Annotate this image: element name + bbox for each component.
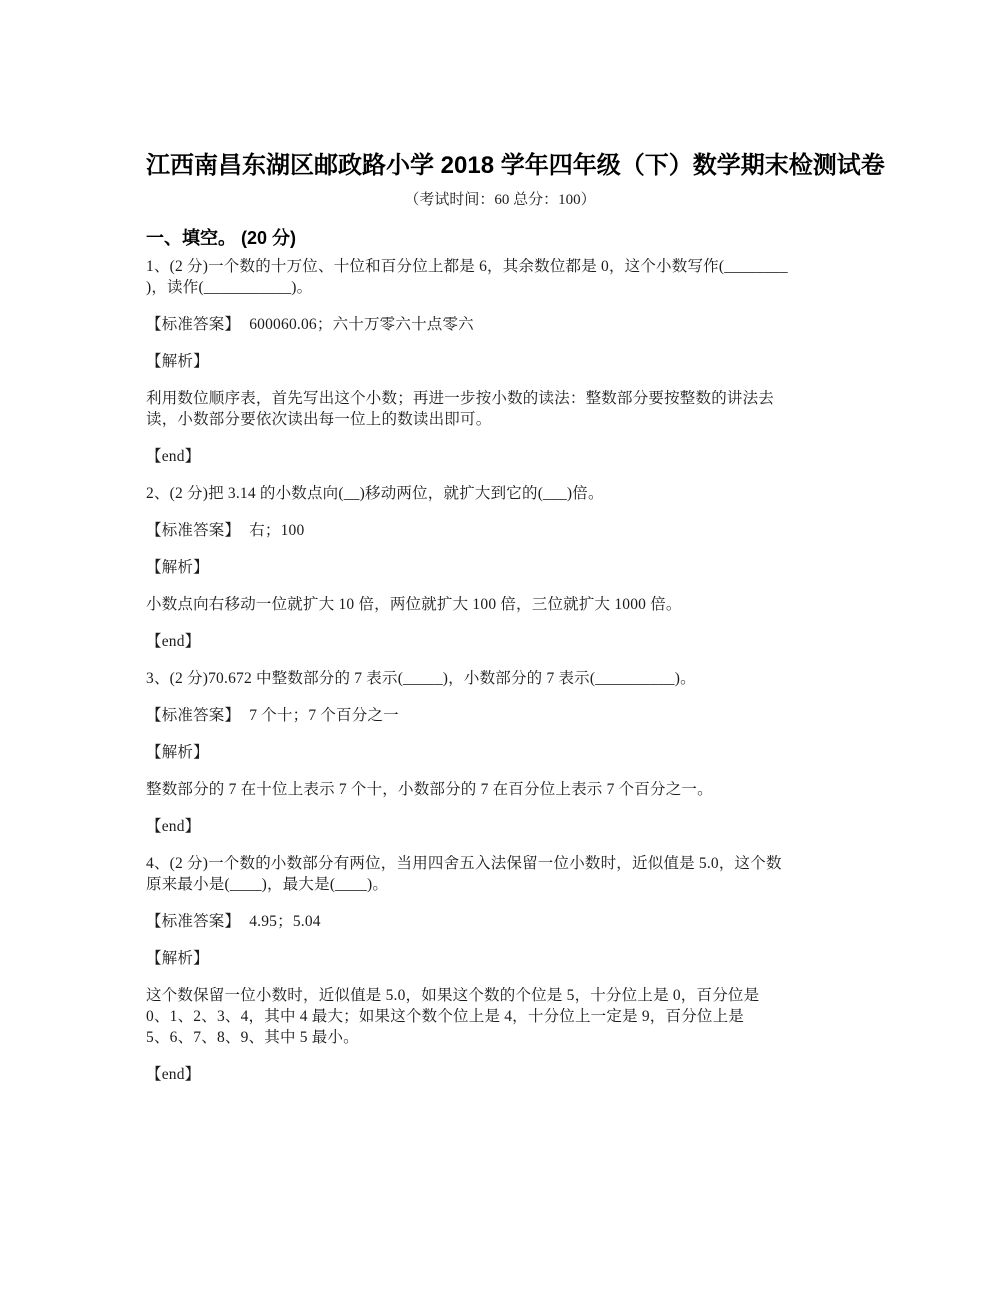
question-4-analysis-label: 【解析】 [146, 948, 854, 969]
question-block-2: 2、(2 分)把 3.14 的小数点向(__)移动两位，就扩大到它的(___)倍… [146, 483, 854, 652]
question-1-answer-value: 600060.06；六十万零六十点零六 [249, 316, 474, 333]
question-block-4: 4、(2 分)一个数的小数部分有两位，当用四舍五入法保留一位小数时，近似值是 5… [146, 853, 854, 1085]
question-3-analysis-text: 整数部分的 7 在十位上表示 7 个十，小数部分的 7 在百分位上表示 7 个百… [146, 779, 854, 800]
standard-answer-label: 【标准答案】 [146, 316, 240, 333]
question-3-text: 3、(2 分)70.672 中整数部分的 7 表示(_____)，小数部分的 7… [146, 668, 854, 689]
section-heading-fill-in-blanks: 一、填空。 (20 分) [146, 227, 854, 250]
question-4-answer-value: 4.95；5.04 [249, 913, 321, 930]
question-2-analysis-label: 【解析】 [146, 557, 854, 578]
question-2-end-label: 【end】 [146, 631, 854, 652]
question-2-text: 2、(2 分)把 3.14 的小数点向(__)移动两位，就扩大到它的(___)倍… [146, 483, 854, 504]
question-3-end-label: 【end】 [146, 816, 854, 837]
question-2-answer-line: 【标准答案】右；100 [146, 520, 854, 541]
question-3-answer-line: 【标准答案】7 个十；7 个百分之一 [146, 705, 854, 726]
question-1-end-label: 【end】 [146, 446, 854, 467]
question-4-analysis-text: 这个数保留一位小数时，近似值是 5.0，如果这个数的个位是 5，十分位上是 0，… [146, 985, 854, 1048]
question-block-3: 3、(2 分)70.672 中整数部分的 7 表示(_____)，小数部分的 7… [146, 668, 854, 837]
exam-time-score-meta: （考试时间：60 总分：100） [146, 190, 854, 210]
question-3-analysis-label: 【解析】 [146, 742, 854, 763]
question-2-answer-value: 右；100 [249, 522, 304, 539]
question-1-text: 1、(2 分)一个数的十万位、十位和百分位上都是 6，其余数位都是 0，这个小数… [146, 256, 854, 298]
question-1-analysis-text: 利用数位顺序表，首先写出这个小数；再进一步按小数的读法：整数部分要按整数的讲法去… [146, 388, 854, 430]
question-4-end-label: 【end】 [146, 1064, 854, 1085]
question-4-text: 4、(2 分)一个数的小数部分有两位，当用四舍五入法保留一位小数时，近似值是 5… [146, 853, 854, 895]
question-1-answer-line: 【标准答案】600060.06；六十万零六十点零六 [146, 314, 854, 335]
page-title: 江西南昌东湖区邮政路小学 2018 学年四年级（下）数学期末检测试卷 [146, 150, 854, 181]
question-1-analysis-label: 【解析】 [146, 351, 854, 372]
question-3-answer-value: 7 个十；7 个百分之一 [249, 707, 399, 724]
standard-answer-label: 【标准答案】 [146, 707, 240, 724]
question-2-analysis-text: 小数点向右移动一位就扩大 10 倍，两位就扩大 100 倍，三位就扩大 1000… [146, 594, 854, 615]
standard-answer-label: 【标准答案】 [146, 522, 240, 539]
exam-document-page: 江西南昌东湖区邮政路小学 2018 学年四年级（下）数学期末检测试卷 （考试时间… [0, 0, 1000, 1294]
question-4-answer-line: 【标准答案】4.95；5.04 [146, 911, 854, 932]
standard-answer-label: 【标准答案】 [146, 913, 240, 930]
question-block-1: 1、(2 分)一个数的十万位、十位和百分位上都是 6，其余数位都是 0，这个小数… [146, 256, 854, 467]
